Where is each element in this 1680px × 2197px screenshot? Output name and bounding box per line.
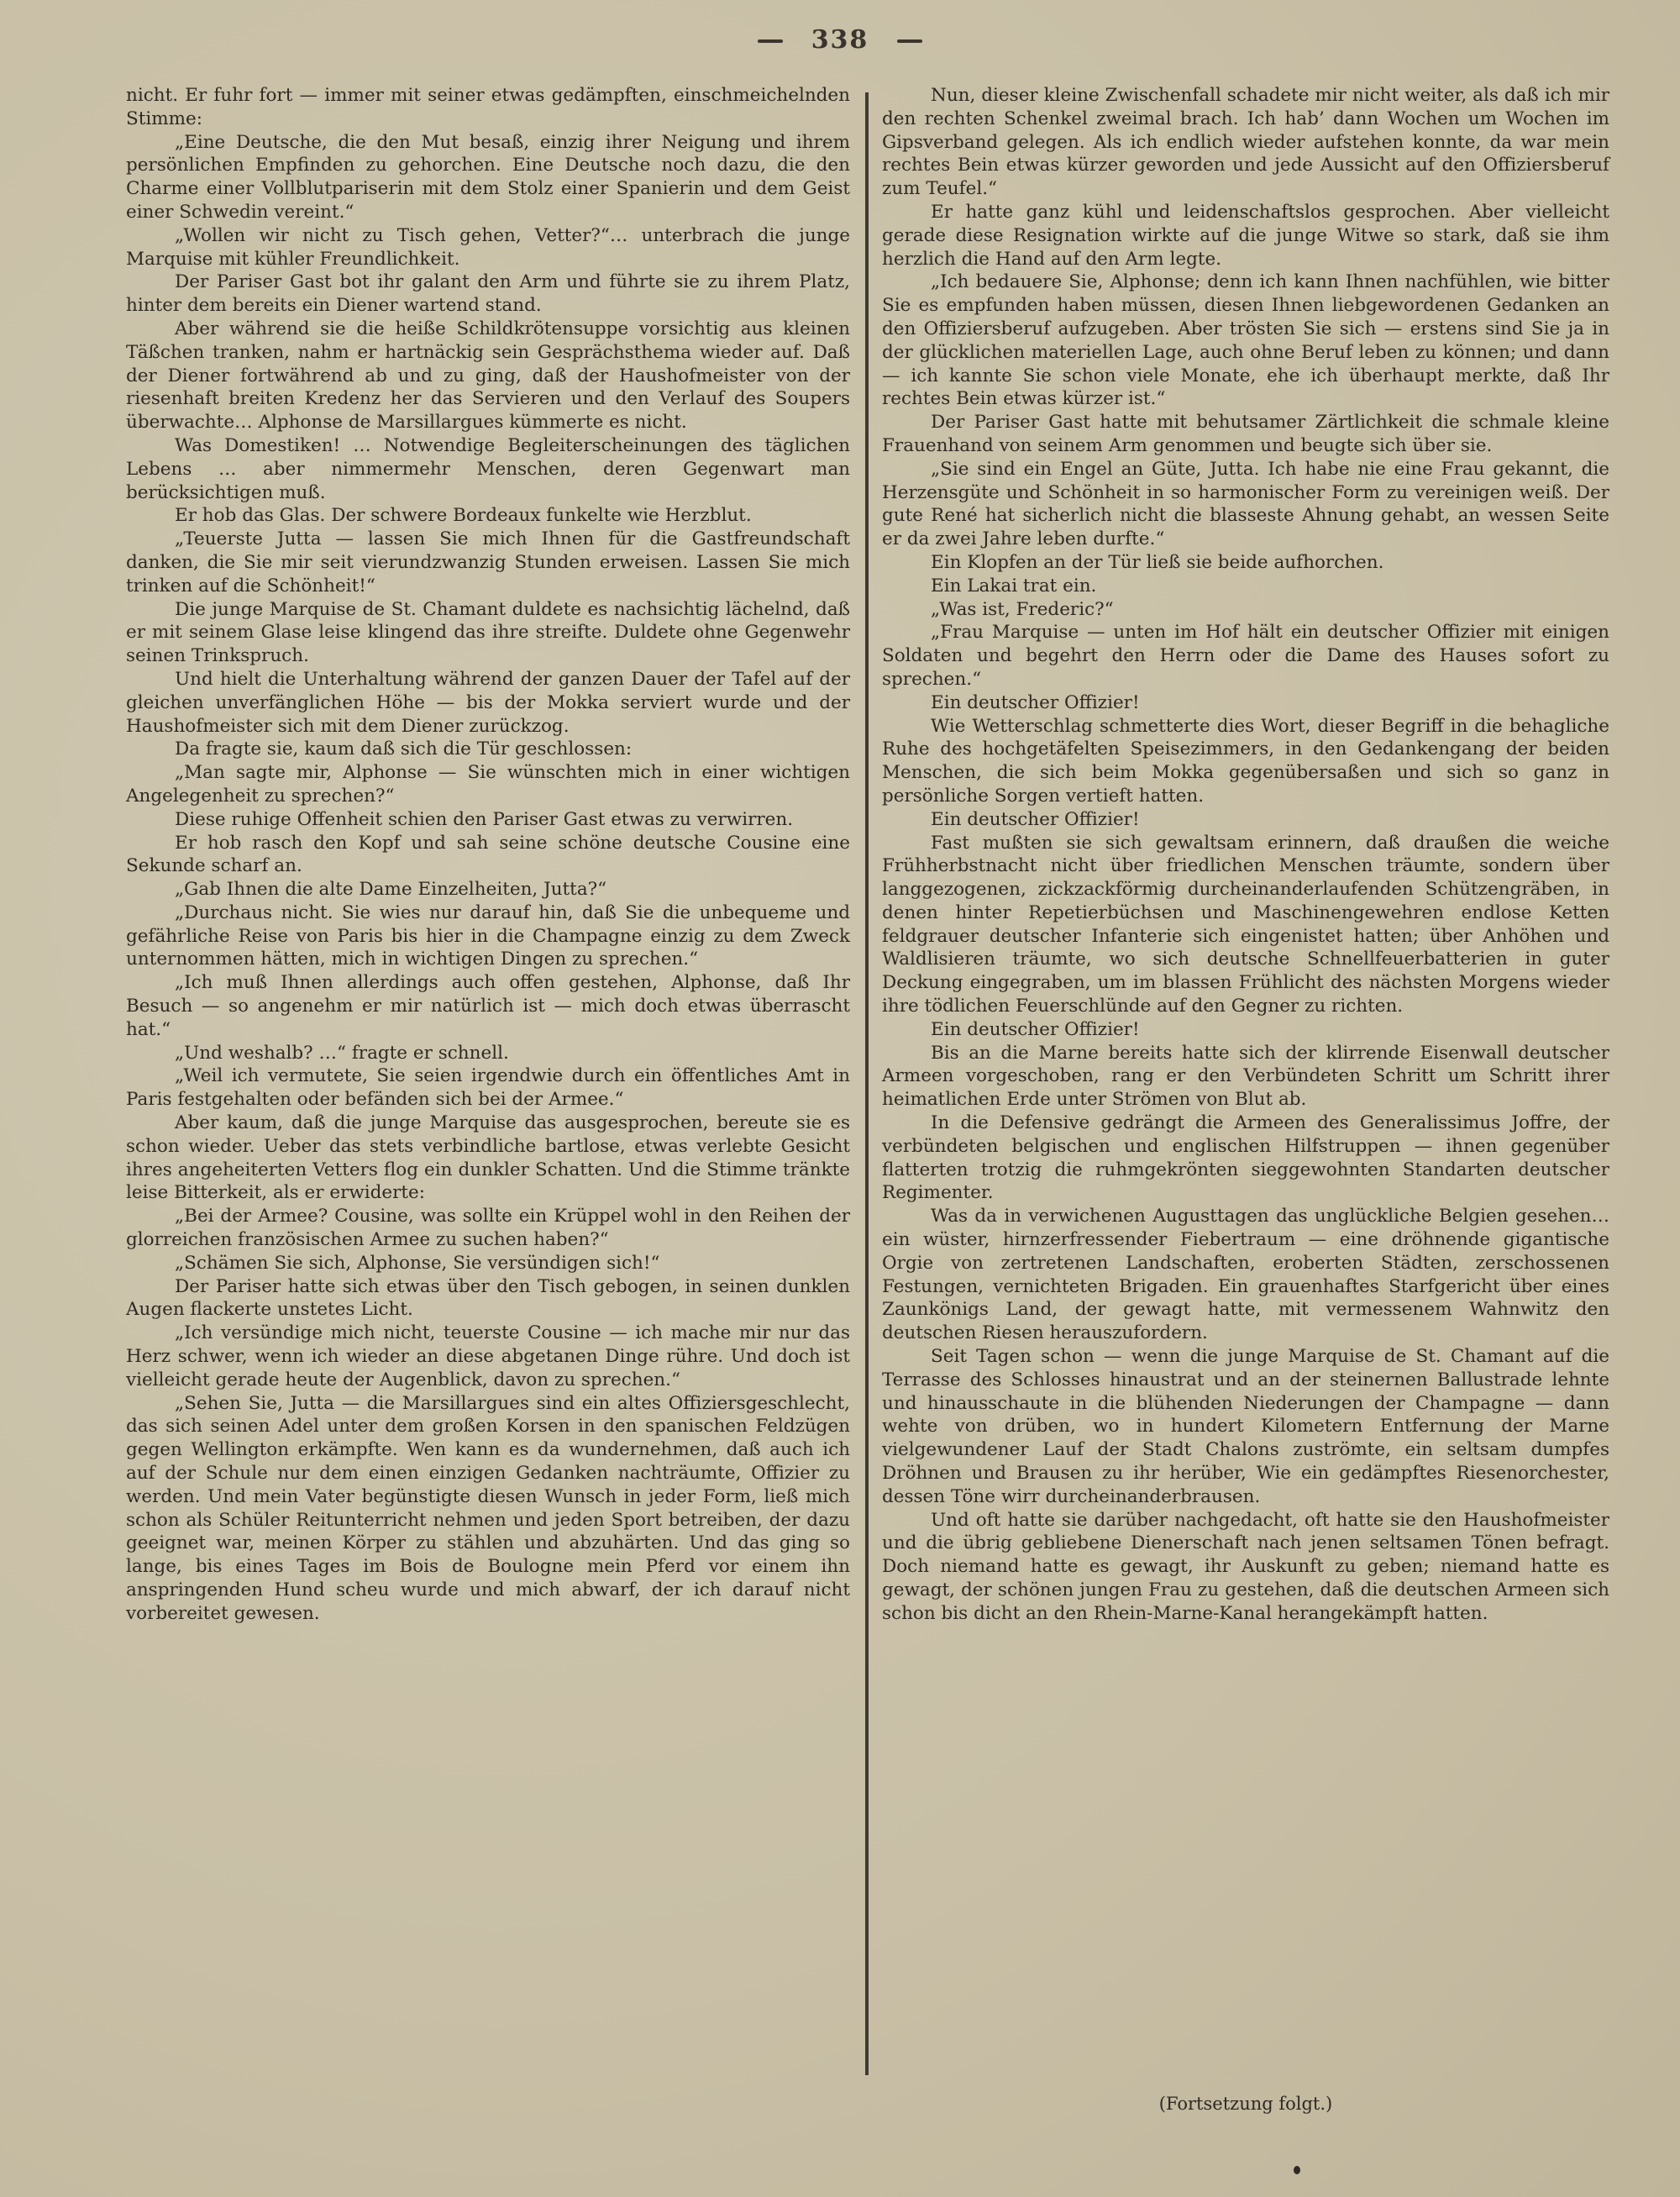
article-paragraph: „Weil ich vermutete, Sie seien irgendwie… [126,1064,850,1112]
article-paragraph: Nun, dieser kleine Zwischenfall schadete… [882,84,1609,201]
article-paragraph: Aber während sie die heiße Schildkrötens… [126,318,850,434]
article-paragraph: Diese ruhige Offenheit schien den Parise… [126,808,850,832]
article-paragraph: Der Pariser Gast hatte mit behutsamer Zä… [882,411,1609,458]
right-column: Nun, dieser kleine Zwischenfall schadete… [882,84,1609,1626]
continued-note: (Fortsetzung folgt.) [882,2094,1609,2114]
article-paragraph: Der Pariser Gast bot ihr galant den Arm … [126,271,850,318]
page-number-header: 338 [0,25,1680,55]
article-paragraph: Die junge Marquise de St. Chamant duldet… [126,598,850,668]
article-paragraph: Er hob das Glas. Der schwere Bordeaux fu… [126,504,850,528]
article-paragraph: „Schämen Sie sich, Alphonse, Sie versünd… [126,1252,850,1275]
article-paragraph: Ein deutscher Offizier! [882,691,1609,715]
article-paragraph: Der Pariser hatte sich etwas über den Ti… [126,1275,850,1322]
article-paragraph: „Eine Deutsche, die den Mut besaß, einzi… [126,131,850,224]
article-paragraph: Und hielt die Unterhaltung während der g… [126,668,850,738]
article-paragraph: „Durchaus nicht. Sie wies nur darauf hin… [126,901,850,971]
article-paragraph: In die Defensive gedrängt die Armeen des… [882,1112,1609,1205]
article-paragraph: „Teuerste Jutta — lassen Sie mich Ihnen … [126,528,850,597]
ink-speck [1294,2166,1300,2174]
article-paragraph: „Wollen wir nicht zu Tisch gehen, Vetter… [126,224,850,271]
article-paragraph: „Sie sind ein Engel an Güte, Jutta. Ich … [882,458,1609,551]
article-paragraph: „Ich bedauere Sie, Alphonse; denn ich ka… [882,271,1609,411]
article-paragraph: Ein Klopfen an der Tür ließ sie beide au… [882,551,1609,575]
article-paragraph: Aber kaum, daß die junge Marquise das au… [126,1112,850,1205]
article-paragraph: „Was ist, Frederic?“ [882,598,1609,622]
newspaper-page: 338 nicht. Er fuhr fort — immer mit sein… [0,0,1680,2197]
article-paragraph: „Sehen Sie, Jutta — die Marsillargues si… [126,1392,850,1626]
article-paragraph: „Bei der Armee? Cousine, was sollte ein … [126,1205,850,1252]
article-paragraph: Und oft hatte sie darüber nachgedacht, o… [882,1509,1609,1626]
article-paragraph: Seit Tagen schon — wenn die junge Marqui… [882,1345,1609,1509]
article-paragraph: Was da in verwichenen Augusttagen das un… [882,1205,1609,1345]
right-dash [897,39,922,43]
left-dash [758,39,783,43]
article-paragraph: „Ich versündige mich nicht, teuerste Cou… [126,1322,850,1391]
article-paragraph: Da fragte sie, kaum daß sich die Tür ges… [126,738,850,761]
article-paragraph: Wie Wetterschlag schmetterte dies Wort, … [882,715,1609,808]
article-paragraph: nicht. Er fuhr fort — immer mit seiner e… [126,84,850,131]
article-paragraph: Er hob rasch den Kopf und sah seine schö… [126,832,850,879]
article-paragraph: „Und weshalb? …“ fragte er schnell. [126,1042,850,1065]
article-paragraph: Er hatte ganz kühl und leidenschaftslos … [882,201,1609,271]
column-divider [865,92,869,2075]
article-paragraph: Fast mußten sie sich gewaltsam erinnern,… [882,832,1609,1018]
article-paragraph: Was Domestiken! … Notwendige Begleitersc… [126,434,850,504]
article-paragraph: Ein Lakai trat ein. [882,575,1609,598]
article-paragraph: „Man sagte mir, Alphonse — Sie wünschten… [126,761,850,808]
page-number: 338 [811,25,869,55]
article-paragraph: „Frau Marquise — unten im Hof hält ein d… [882,621,1609,691]
article-paragraph: Bis an die Marne bereits hatte sich der … [882,1042,1609,1112]
article-paragraph: Ein deutscher Offizier! [882,1018,1609,1042]
article-paragraph: Ein deutscher Offizier! [882,808,1609,832]
left-column: nicht. Er fuhr fort — immer mit seiner e… [126,84,850,1626]
article-paragraph: „Gab Ihnen die alte Dame Einzelheiten, J… [126,878,850,901]
article-paragraph: „Ich muß Ihnen allerdings auch offen ges… [126,971,850,1041]
